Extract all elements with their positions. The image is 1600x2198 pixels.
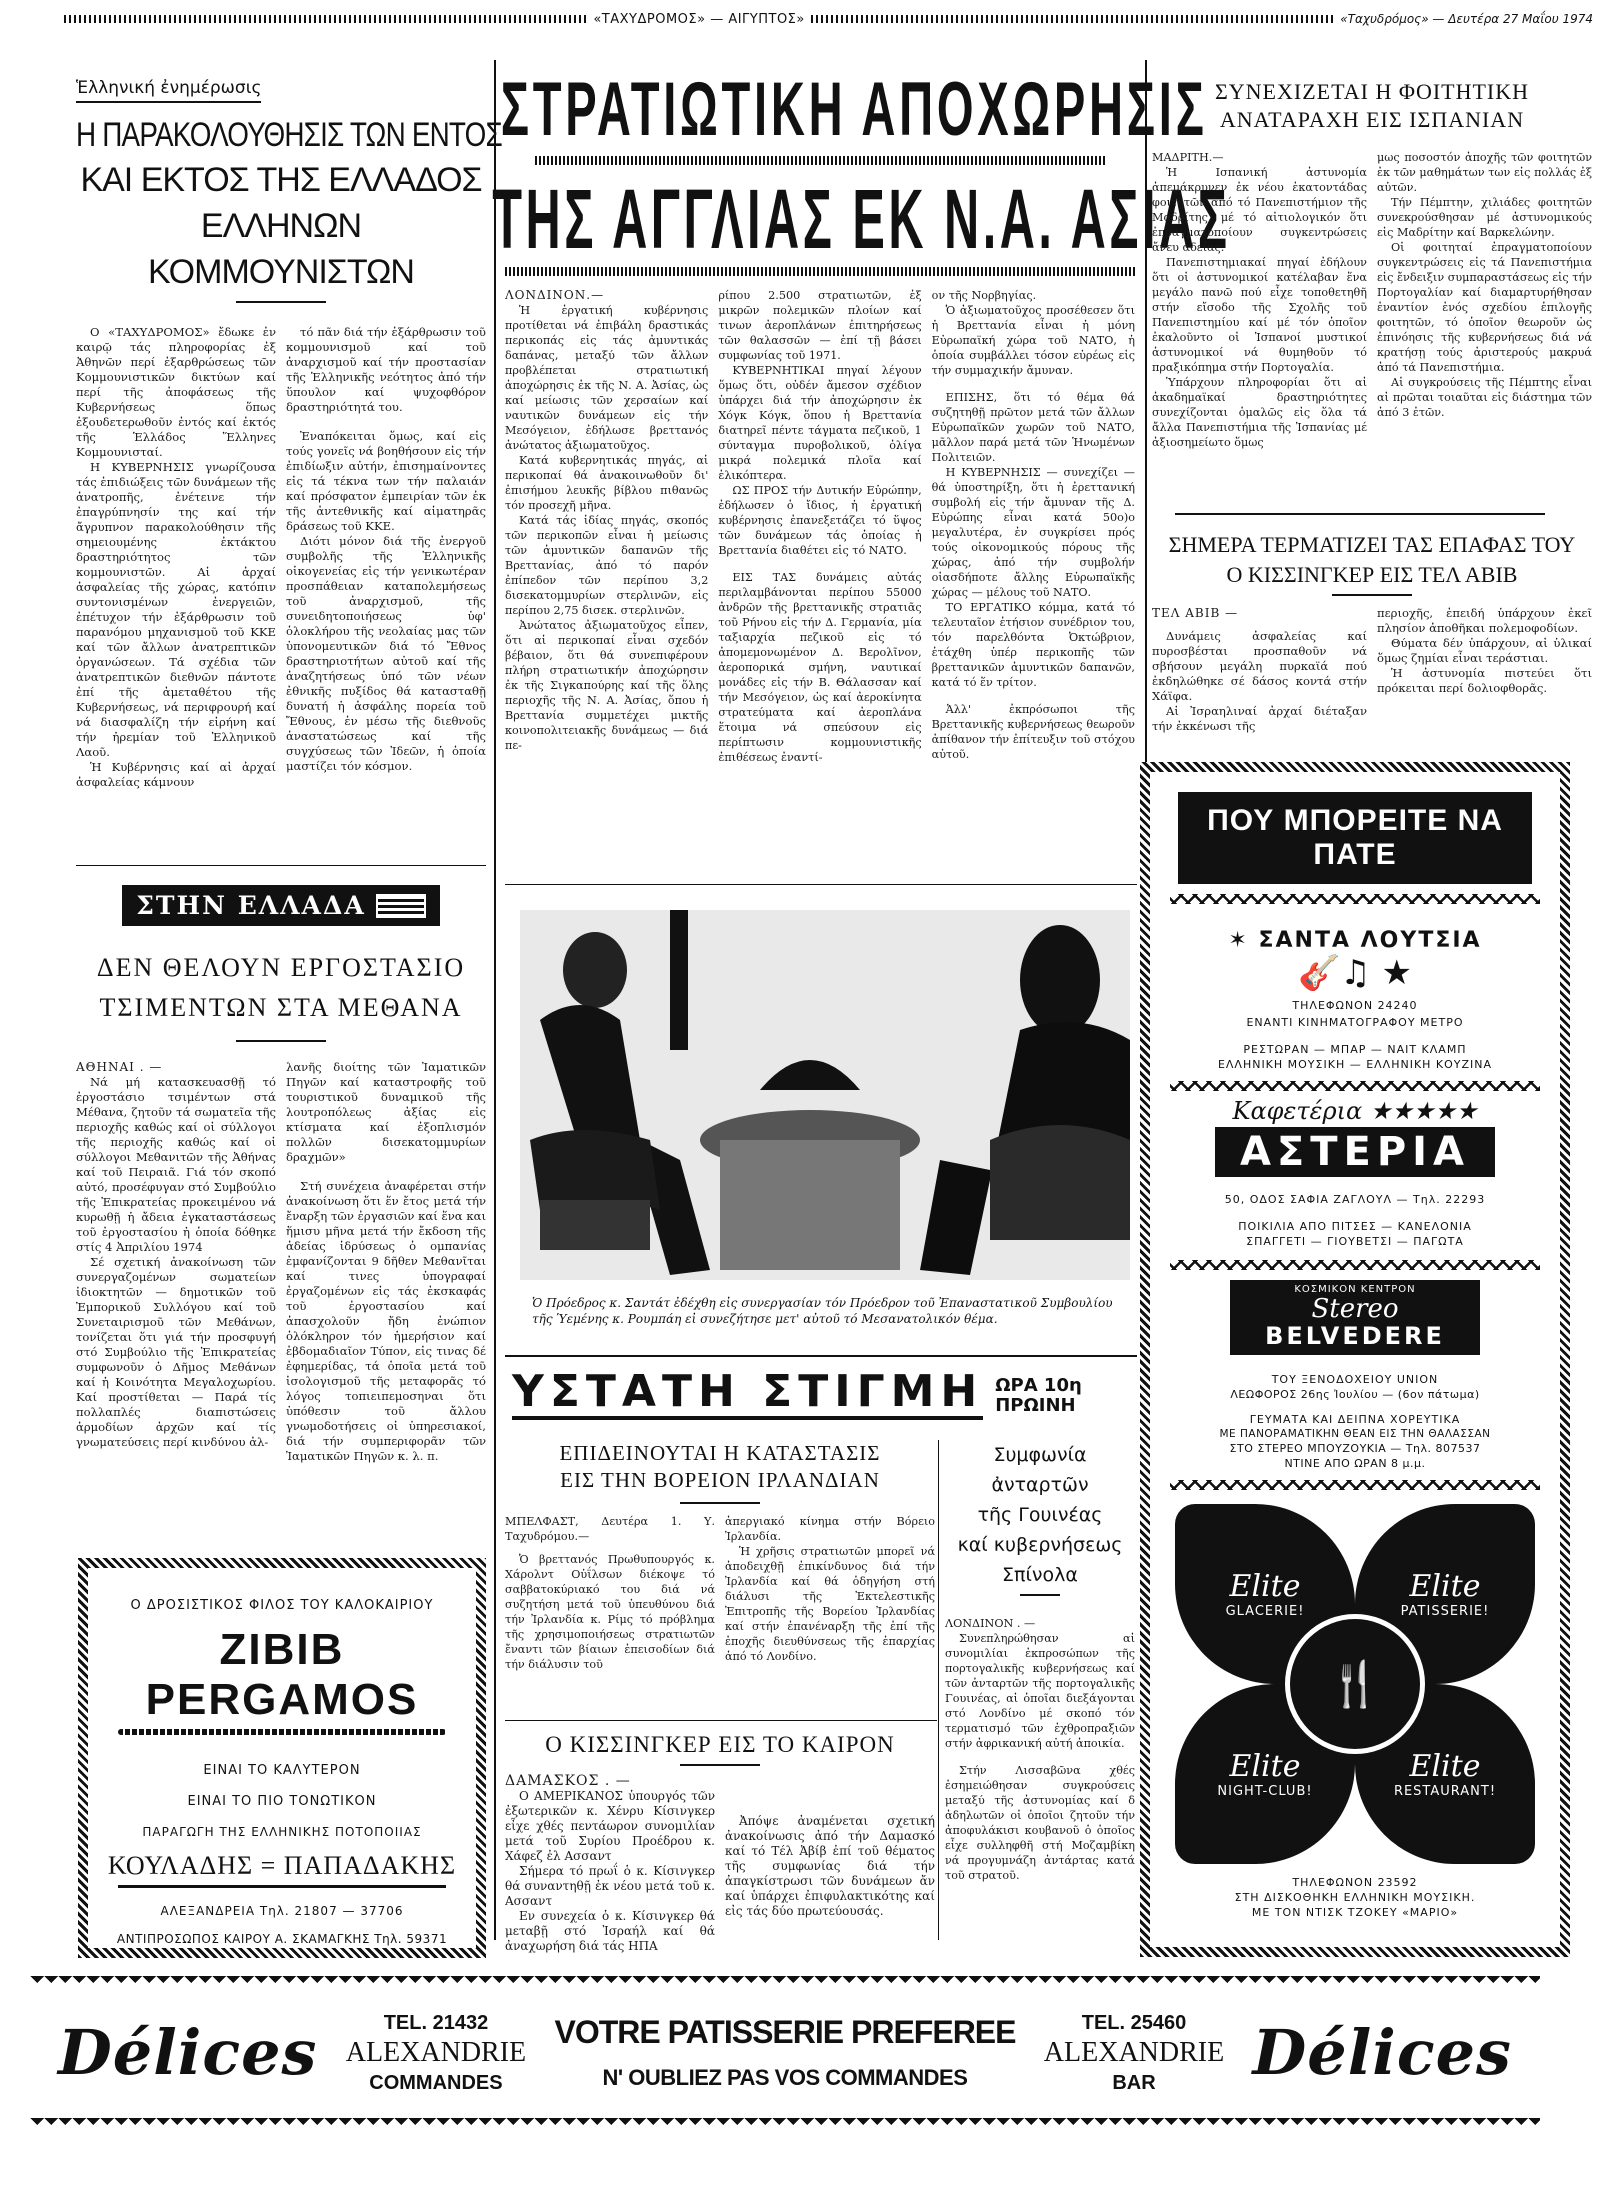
paragraph: Σέ σχετική ἀνακοίνωση τῶν συνεργαζομένων… [76, 1255, 276, 1450]
delices-slogan: N' OUBLIEZ PAS VOS COMMANDES [554, 2065, 1015, 2091]
venue-belvedere-logo: ΚΟΣΜΙΚΟΝ ΚΕΝΤΡΟΝ Stereo BELVEDERE [1230, 1280, 1480, 1355]
fork-glass-icon: 🍴 [1285, 1614, 1425, 1754]
venue-line: ΣΠΑΓΓΕΤΙ — ΓΙΟΥΒΕΤΣΙ — ΠΑΓΩΤΑ [1150, 1235, 1560, 1248]
article-body: Ο «ΤΑΧΥΔΡΟΜΟΣ» ἔδωκε ἐν καιρῷ τάς πληροφ… [76, 325, 486, 855]
delices-left-info: TEL. 21432 ALEXANDRIE COMMANDES [346, 2008, 526, 2098]
article-kissinger-cairo: Ο ΚΙΣΣΙΝΓΚΕΡ ΕΙΣ ΤΟ ΚΑΙΡΟΝ ΔΑΜΑΣΚΟΣ . — … [505, 1732, 935, 1954]
paragraph: Ἐναπόκειται ὅμως, καί εἰς τούς γονεῖς νά… [286, 429, 486, 534]
dateline: ΔΑΜΑΣΚΟΣ . — [505, 1774, 715, 1789]
headline-rule [1020, 1594, 1060, 1596]
paragraph: Διότι μόνον διά τῆς ἐνεργοῦ συμβολῆς τῆς… [286, 534, 486, 774]
headline-line: καί κυβερνήσεως [945, 1530, 1135, 1560]
venue-line: ΤΟΥ ΞΕΝΟΔΟΧΕΙΟΥ UNION [1150, 1373, 1560, 1386]
article-ireland: ΕΠΙΔΕΙΝΟΥΤΑΙ Η ΚΑΤΑΣΤΑΣΙΣ ΕΙΣ ΤΗΝ ΒΟΡΕΙΟ… [505, 1440, 935, 1684]
paragraph: Στήν Λισσαβῶνα χθές ἐσημειώθησαν συγκρού… [945, 1763, 1135, 1883]
ad-banner: ΠΟΥ ΜΠΟΡΕΙΤΕ ΝΑ ΠΑΤΕ [1178, 792, 1532, 884]
paragraph: Η ΚΥΒΕΡΝΗΣΙΣ — συνεχίζει — θά ὑποστηρίξη… [932, 465, 1135, 600]
paragraph: Κατά κυβερνητικάς πηγάς, αἱ περικοπαί θά… [505, 453, 708, 513]
ad-line: ΕΙΝΑΙ ΤΟ ΠΙΟ ΤΟΝΩΤΙΚΟΝ [88, 1794, 476, 1809]
paragraph: Θύματα δέν ὑπάρχουν, αἱ ὑλικαί ὅμως ζημί… [1377, 636, 1592, 666]
paragraph: Ἡ ἐργατική κυβέρνησις προτίθεται νά ἐπιβ… [505, 303, 708, 453]
headline-line: Η ΠΑΡΑΚΟΛΟΥΘΗΣΙΣ ΤΩΝ ΕΝΤΟΣ [76, 113, 412, 157]
last-minute-time: ΩΡΑ 10η ΠΡΩΙΝΗ [995, 1376, 1082, 1420]
column-divider [494, 60, 496, 1940]
article-body: ΜΠΕΛΦΑΣΤ, Δευτέρα 1. Υ. Ταχυδρόμου.— Ὁ β… [505, 1514, 935, 1684]
paragraph: Ἡ ἀστυνομία πιστεύει ὅτι πρόκειται περί … [1377, 666, 1592, 696]
headline-line: Συμφωνία [945, 1440, 1135, 1470]
section-divider [1175, 513, 1545, 515]
paragraph: ΤΟ ΕΡΓΑΤΙΚΟ κόμμα, κατά τό τελευταῖον ἐτ… [932, 600, 1135, 690]
venue-elite-logo: Elite GLACERIE! Elite PATISSERIE! Elite … [1175, 1504, 1535, 1864]
paragraph: Αἱ συγκρούσεις τῆς Πέμπτης εἶναι αἱ πρῶτ… [1377, 375, 1592, 420]
ad-zibib-pergamos: Ο ΔΡΟΣΙΣΤΙΚΟΣ ΦΙΛΟΣ ΤΟΥ ΚΑΛΟΚΑΙΡΙΟΥ ZIBI… [78, 1558, 486, 1958]
main-headline-line: ΤΗΣ ΑΓΓΛΙΑΣ ΕΚ Ν.Α. ΑΣΙΑΣ [492, 173, 1147, 265]
decorative-zigzag [1170, 894, 1540, 904]
section-divider [505, 884, 1137, 885]
paragraph: Ο «ΤΑΧΥΔΡΟΜΟΣ» ἔδωκε ἐν καιρῷ τάς πληροφ… [76, 325, 276, 460]
photo-sadat-meeting-icon [520, 910, 1130, 1280]
paragraph: Ἀλλ' ἐκπρόσωποι τῆς Βρεττανικῆς κυβερνήσ… [932, 702, 1135, 762]
paragraph: Ἡ Κυβέρνησις καί αἱ ἀρχαί ἀσφαλείας κάμν… [76, 760, 276, 790]
section-banner: ΣΤΗΝ ΕΛΛΑΔΑ [122, 885, 440, 926]
article-headline: Η ΠΑΡΑΚΟΛΟΥΘΗΣΙΣ ΤΩΝ ΕΝΤΟΣ ΚΑΙ ΕΚΤΟΣ ΤΗΣ… [76, 113, 486, 295]
mandolin-icon: 🎸♫ ★ [1150, 953, 1560, 993]
paragraph: περιοχῆς, ἐπειδή ὑπάρχουν ἐκεῖ πλησίον ἀ… [1377, 606, 1592, 636]
news-photo [520, 910, 1130, 1280]
venue-line: ΣΤΗ ΔΙΣΚΟΘΗΚΗ ΕΛΛΗΝΙΚΗ ΜΟΥΣΙΚΗ. [1150, 1891, 1560, 1904]
article-body: ΜΑΔΡΙΤΗ.— Ἡ Ισπανική ἀστυνομία ἀπεμάκρυν… [1152, 150, 1592, 470]
venue-line: ΠΟΙΚΙΛΙΑ ΑΠΟ ΠΙΤΣΕΣ — ΚΑΝΕΛΟΝΙΑ [1150, 1220, 1560, 1233]
headline-rule [680, 1764, 760, 1766]
paragraph: ον τῆς Νορβηγίας. [932, 288, 1135, 303]
paragraph: Ἡ Ισπανική ἀστυνομία ἀπεμάκρυνεν ἐκ νέου… [1152, 165, 1367, 255]
headline-rule [535, 156, 1105, 165]
venue-line: ΝΤΙΝΕ ΑΠΟ ΩΡΑΝ 8 μ.μ. [1150, 1457, 1560, 1470]
article-spain: ΣΥΝΕΧΙΖΕΤΑΙ Η ΦΟΙΤΗΤΙΚΗ ΑΝΑΤΑΡΑΧΗ ΕΙΣ ΙΣ… [1152, 78, 1592, 470]
decorative-zigzag [1170, 1480, 1540, 1490]
ad-rule [118, 1885, 446, 1888]
section-divider [76, 865, 486, 866]
last-minute-label: ΥΣΤΑΤΗ ΣΤΙΓΜΗ [512, 1368, 983, 1420]
headline-line: τῆς Γουινέας [945, 1500, 1135, 1530]
paragraph: Ἡ χρῆσις στρατιωτῶν μπορεῖ νά ἀποδειχθῇ … [725, 1544, 935, 1664]
headline-line: ΣΥΝΕΧΙΖΕΤΑΙ Η ΦΟΙΤΗΤΙΚΗ [1152, 78, 1592, 106]
paragraph: Κατά τάς ἰδίας πηγάς, σκοπός τῶν περικοπ… [505, 513, 708, 618]
time-line: ΩΡΑ 10η [995, 1376, 1082, 1396]
ad-phone: ΑΛΕΞΑΝΔΡΕΙΑ Τηλ. 21807 — 37706 [88, 1904, 476, 1918]
venue-line: ΡΕΣΤΩΡΑΝ — ΜΠΑΡ — ΝΑΙΤ ΚΛΑΜΠ [1150, 1043, 1560, 1056]
ad-line: ΕΙΝΑΙ ΤΟ ΚΑΛΥΤΕΡΟΝ [88, 1763, 476, 1778]
article-headline: ΣΥΝΕΧΙΖΕΤΑΙ Η ΦΟΙΤΗΤΙΚΗ ΑΝΑΤΑΡΑΧΗ ΕΙΣ ΙΣ… [1152, 78, 1592, 134]
stars-icon: ★★★★★ [1362, 1097, 1477, 1125]
article-body: ΛΟΝΔΙΝΟΝ . — Συνεπληρώθησαν αἱ συνομιλία… [945, 1616, 1135, 1906]
delices-city: ALEXANDRIE [346, 2038, 526, 2068]
venue-phone: ΤΗΛΕΦΩΝΟΝ 23592 [1150, 1876, 1560, 1889]
delices-center-info: VOTRE PATISSERIE PREFEREE N' OUBLIEZ PAS… [554, 2014, 1015, 2091]
article-headline: ΣΗΜΕΡΑ ΤΕΡΜΑΤΙΖΕΙ ΤΑΣ ΕΠΑΦΑΣ ΤΟΥ Ο ΚΙΣΣΙ… [1152, 530, 1592, 590]
paragraph: Ὁ ἀξιωματοῦχος προσέθεσεν ὅτι ἡ Βρεττανί… [932, 303, 1135, 378]
delices-tel: TEL. 21432 [346, 2008, 526, 2038]
masthead-date: «Ταχυδρόμος» — Δευτέρα 27 Μαΐου 1974 [1340, 12, 1593, 26]
paragraph: ρίπου 2.500 στρατιωτῶν, ἐξ μικρῶν πολεμι… [718, 288, 921, 363]
masthead-dotted-rule [64, 15, 587, 23]
article-communists: Ἑλληνική ἐνημέρωσις Η ΠΑΡΑΚΟΛΟΥΘΗΣΙΣ ΤΩΝ… [76, 78, 486, 855]
venue-location: ΕΝΑΝΤΙ ΚΙΝΗΜΑΤΟΓΡΑΦΟΥ ΜΕΤΡΟ [1150, 1016, 1560, 1029]
masthead-dotted-rule [811, 15, 1334, 23]
greek-flag-icon [376, 894, 426, 918]
star-icon: ✶ [1228, 928, 1258, 953]
paragraph: Δυνάμεις ἀσφαλείας καί πυροσβέσται προσπ… [1152, 629, 1367, 704]
headline-line: ΕΛΛΗΝΩΝ ΚΟΜΜΟΥΝΙΣΤΩΝ [76, 203, 486, 295]
paragraph: Εν συνεχεία ὁ κ. Κίσινγκερ θά μεταβῇ στό… [505, 1909, 715, 1954]
article-guinea: Συμφωνία ἀνταρτῶν τῆς Γουινέας καί κυβερ… [945, 1440, 1135, 1906]
paragraph: Ο ΑΜΕΡΙΚΑΝΟΣ ὑπουργός τῶν ἐξωτερικῶν κ. … [505, 1789, 715, 1864]
delices-right-info: TEL. 25460 ALEXANDRIE BAR [1044, 2008, 1224, 2098]
article-headline: Ο ΚΙΣΣΙΝΓΚΕΡ ΕΙΣ ΤΟ ΚΑΙΡΟΝ [505, 1732, 935, 1758]
dateline: ΜΠΕΛΦΑΣΤ, Δευτέρα 1. Υ. Ταχυδρόμου.— [505, 1514, 715, 1544]
last-minute-banner: ΥΣΤΑΤΗ ΣΤΙΓΜΗ ΩΡΑ 10η ΠΡΩΙΝΗ [512, 1368, 1132, 1420]
headline-line: ΣΗΜΕΡΑ ΤΕΡΜΑΤΙΖΕΙ ΤΑΣ ΕΠΑΦΑΣ ΤΟΥ [1152, 530, 1592, 560]
headline-rule [236, 301, 326, 303]
photo-caption: Ὁ Πρόεδρος κ. Σαντάτ ἐδέχθη εἰς συνεργασ… [532, 1295, 1127, 1327]
headline-rule [236, 1040, 326, 1042]
venue-line: ΛΕΩΦΟΡΟΣ 26ης Ἰουλίου — (6ον πάτωμα) [1150, 1388, 1560, 1401]
headline-line: Ο ΚΙΣΣΙΝΓΚΕΡ ΕΙΣ ΤΕΛ ΑΒΙΒ [1152, 560, 1592, 590]
headline-line: ΑΝΑΤΑΡΑΧΗ ΕΙΣ ΙΣΠΑΝΙΑΝ [1152, 106, 1592, 134]
venue-line: ΓΕΥΜΑΤΑ ΚΑΙ ΔΕΙΠΝΑ ΧΟΡΕΥΤΙΚΑ [1150, 1413, 1560, 1426]
venue-name-script: Stereo [1230, 1295, 1480, 1323]
dateline: ΛΟΝΔΙΝΟΝ.— [505, 288, 708, 303]
dateline: ΤΕΛ ΑΒΙΒ — [1152, 606, 1367, 621]
venue-line: ΣΤΟ ΣΤΕΡΕΟ ΜΠΟΥΖΟΥΚΙΑ — Τηλ. 807537 [1150, 1442, 1560, 1455]
venue-address: 50, ΟΔΟΣ ΣΑΦΙΑ ΖΑΓΛΟΥΛ — Τηλ. 22293 [1150, 1193, 1560, 1206]
ad-brand: ZIBIB PERGAMOS [88, 1625, 476, 1725]
headline-rule [505, 267, 1135, 276]
paragraph: Αἱ Ἰσραηλιναί ἀρχαί διέταξαν τήν ἐκκένωσ… [1152, 704, 1367, 734]
paragraph: μως ποσοστόν ἀποχῆς τῶν φοιτητῶν ἐκ τῶν … [1377, 150, 1592, 195]
venue-santa-lucia-name: ✶ ΣΑΝΤΑ ΛΟΥΤΣΙΑ [1150, 928, 1560, 953]
ad-producer: ΚΟΥΛΑΔΗΣ = ΠΑΠΑΔΑΚΗΣ [88, 1851, 476, 1881]
paragraph: Νά μή κατασκευασθῇ τό ἐργοστάσιο τσιμέντ… [76, 1075, 276, 1255]
article-headline: ΕΠΙΔΕΙΝΟΥΤΑΙ Η ΚΑΤΑΣΤΑΣΙΣ ΕΙΣ ΤΗΝ ΒΟΡΕΙΟ… [505, 1440, 935, 1494]
main-headline-line: ΣΤΡΑΤΙΩΤΙΚΗ ΑΠΟΧΩΡΗΣΙΣ [501, 66, 1140, 154]
paragraph: Η ΚΥΒΕΡΝΗΣΙΣ γνωρίζουσα τάς ἐπιδιώξεις τ… [76, 460, 276, 760]
article-body: ΔΑΜΑΣΚΟΣ . — Ο ΑΜΕΡΙΚΑΝΟΣ ὑπουργός τῶν ἐ… [505, 1774, 935, 1954]
headline-line: ΕΙΣ ΤΗΝ ΒΟΡΕΙΟΝ ΙΡΛΑΝΔΙΑΝ [505, 1467, 935, 1494]
decorative-zigzag [1170, 1260, 1540, 1270]
headline-line: Σπίνολα [945, 1560, 1135, 1590]
headline-line: ΚΑΙ ΕΚΤΟΣ ΤΗΣ ΕΛΛΑΔΟΣ [76, 157, 486, 203]
headline-line: ΕΠΙΔΕΙΝΟΥΤΑΙ Η ΚΑΤΑΣΤΑΣΙΣ [505, 1440, 935, 1467]
venue-asteria-script: Καφετέρια ★★★★★ [1150, 1097, 1560, 1125]
section-kicker: Ἑλληνική ἐνημέρωσις [76, 78, 261, 103]
paragraph: Ἀπόψε ἀναμένεται σχετική ἀνακοίνωσις ἀπό… [725, 1814, 935, 1919]
venue-asteria-name: ΑΣΤΕΡΙΑ [1215, 1127, 1495, 1177]
paragraph: Ὁ βρεττανός Πρωθυπουργός κ. Χάρολντ Οὐΐλ… [505, 1552, 715, 1672]
article-headline: Συμφωνία ἀνταρτῶν τῆς Γουινέας καί κυβερ… [945, 1440, 1135, 1590]
ad-agent: ΑΝΤΙΠΡΟΣΩΠΟΣ ΚΑΙΡΟΥ Α. ΣΚΑΜΑΓΚΗΣ Τηλ. 59… [88, 1932, 476, 1946]
paragraph: ΕΠΙΣΗΣ, ὅτι τό θέμα θά συζητηθῇ πρῶτον μ… [932, 390, 1135, 465]
masthead: «ΤΑΧΥΔΡΟΜΟΣ» — ΑΙΓΥΠΤΟΣ» «Ταχυδρόμος» — … [58, 8, 1593, 30]
decorative-zigzag [30, 2118, 1540, 2130]
paragraph: λανῆς διοίτης τῶν Ἰαματικῶν Πηγῶν καί κα… [286, 1060, 486, 1165]
column-divider [938, 1440, 939, 1940]
decorative-chain [118, 1729, 446, 1735]
delices-sub: COMMANDES [346, 2068, 526, 2098]
paragraph: Ὑπάρχουν πληροφορίαι ὅτι αἱ ἀκαδημαϊκαί … [1152, 375, 1367, 450]
delices-logo: Délices [1253, 2016, 1512, 2089]
paragraph: ΩΣ ΠΡΟΣ τήν Δυτικήν Εὐρώπην, ἐδήλωσεν ὁ … [718, 483, 921, 558]
paragraph: Ἀνώτατος ἀξιωματοῦχος εἶπεν, ὅτι αἱ περι… [505, 618, 708, 753]
headline-rule [680, 1502, 760, 1504]
article-kissinger-tel-aviv: ΣΗΜΕΡΑ ΤΕΡΜΑΤΙΖΕΙ ΤΑΣ ΕΠΑΦΑΣ ΤΟΥ Ο ΚΙΣΣΙ… [1152, 530, 1592, 736]
main-story: ΣΤΡΑΤΙΩΤΙΚΗ ΑΠΟΧΩΡΗΣΙΣ ΤΗΣ ΑΓΓΛΙΑΣ ΕΚ Ν.… [505, 66, 1135, 848]
venue-line: ΜΕ ΠΑΝΟΡΑΜΑΤΙΚΗΝ ΘΕΑΝ ΕΙΣ ΤΗΝ ΘΑΛΑΣΣΑΝ [1150, 1428, 1560, 1440]
decorative-zigzag [1170, 1081, 1540, 1091]
delices-tel: TEL. 25460 [1044, 2008, 1224, 2038]
headline-line: ΔΕΝ ΘΕΛΟΥΝ ΕΡΓΟΣΤΑΣΙΟ [76, 948, 486, 988]
venue-line: ΜΕ ΤΟΝ ΝΤΙΣΚ ΤΖΟΚΕΥ «ΜΑΡΙΟ» [1150, 1906, 1560, 1919]
article-body: ΛΟΝΔΙΝΟΝ.— Ἡ ἐργατική κυβέρνησις προτίθε… [505, 288, 1135, 848]
ad-line: ΠΑΡΑΓΩΓΗ ΤΗΣ ΕΛΛΗΝΙΚΗΣ ΠΟΤΟΠΟΙΙΑΣ [88, 1825, 476, 1839]
masthead-paper-name: «ΤΑΧΥΔΡΟΜΟΣ» — ΑΙΓΥΠΤΟΣ» [593, 12, 805, 27]
paragraph: ἀπεργιακό κίνημα στήν Βόρειο Ἰρλανδία. [725, 1514, 935, 1544]
dateline: ΑΘΗΝΑΙ . — [76, 1060, 276, 1075]
headline-rule [1332, 594, 1412, 596]
paragraph: Οἱ φοιτηταί ἐπραγματοποίουν συγκεντρώσει… [1377, 240, 1592, 375]
dateline: ΛΟΝΔΙΝΟΝ . — [945, 1616, 1135, 1631]
paragraph: ΕΙΣ ΤΑΣ δυνάμεις αὐτάς περιλαμβάνονται π… [718, 570, 921, 765]
ad-tagline: Ο ΔΡΟΣΙΣΤΙΚΟΣ ΦΙΛΟΣ ΤΟΥ ΚΑΛΟΚΑΙΡΙΟΥ [88, 1568, 476, 1613]
headline-line: ἀνταρτῶν [945, 1470, 1135, 1500]
decorative-zigzag [30, 1976, 1540, 1986]
ad-delices: Délices TEL. 21432 ALEXANDRIE COMMANDES … [30, 1990, 1540, 2115]
article-body: ΤΕΛ ΑΒΙΒ — Δυνάμεις ἀσφαλείας καί πυροσβ… [1152, 606, 1592, 736]
delices-city: ALEXANDRIE [1044, 2038, 1224, 2068]
venue-name: BELVEDERE [1230, 1323, 1480, 1349]
paragraph: Πανεπιστημιακαί πηγαί ἐδήλουν ὅτι οἱ ἀστ… [1152, 255, 1367, 375]
time-line: ΠΡΩΙΝΗ [995, 1396, 1082, 1416]
section-divider [505, 1720, 937, 1721]
section-divider [505, 1355, 1137, 1357]
section-banner-label: ΣΤΗΝ ΕΛΛΑΔΑ [136, 891, 366, 920]
paragraph: Τήν Πέμπτην, χιλιάδες φοιτητῶν συνεκρούσ… [1377, 195, 1592, 240]
ad-where-to-go: ΠΟΥ ΜΠΟΡΕΙΤΕ ΝΑ ΠΑΤΕ ✶ ΣΑΝΤΑ ΛΟΥΤΣΙΑ 🎸♫ … [1140, 762, 1570, 1957]
delices-logo: Délices [58, 2016, 317, 2089]
paragraph: ΚΥΒΕΡΝΗΤΙΚΑΙ πηγαί λέγουν ὅμως ὅτι, οὐδέ… [718, 363, 921, 483]
delices-slogan: VOTRE PATISSERIE PREFEREE [554, 2014, 1015, 2051]
paragraph: Στή συνέχεια ἀναφέρεται στήν ἀνακοίνωση … [286, 1179, 486, 1464]
article-body: ΑΘΗΝΑΙ . — Νά μή κατασκευασθῇ τό ἐργοστά… [76, 1060, 486, 1560]
paragraph: Συνεπληρώθησαν αἱ συνομιλίαι ἐκπροσώπων … [945, 1631, 1135, 1751]
article-headline: ΔΕΝ ΘΕΛΟΥΝ ΕΡΓΟΣΤΑΣΙΟ ΤΣΙΜΕΝΤΩΝ ΣΤΑ ΜΕΘΑ… [76, 948, 486, 1028]
paragraph: τό πᾶν διά τήν ἐξάρθρωσιν τοῦ κομμουνισμ… [286, 325, 486, 415]
paragraph: Σήμερα τό πρωΐ ὁ κ. Κίσινγκερ θά συναντη… [505, 1864, 715, 1909]
venue-phone: ΤΗΛΕΦΩΝΟΝ 24240 [1150, 999, 1560, 1012]
headline-line: ΤΣΙΜΕΝΤΩΝ ΣΤΑ ΜΕΘΑΝΑ [76, 988, 486, 1028]
dateline: ΜΑΔΡΙΤΗ.— [1152, 150, 1367, 165]
venue-line: ΕΛΛΗΝΙΚΗ ΜΟΥΣΙΚΗ — ΕΛΛΗΝΙΚΗ ΚΟΥΖΙΝΑ [1150, 1058, 1560, 1071]
delices-sub: BAR [1044, 2068, 1224, 2098]
article-methana: ΣΤΗΝ ΕΛΛΑΔΑ ΔΕΝ ΘΕΛΟΥΝ ΕΡΓΟΣΤΑΣΙΟ ΤΣΙΜΕΝ… [76, 885, 486, 1560]
